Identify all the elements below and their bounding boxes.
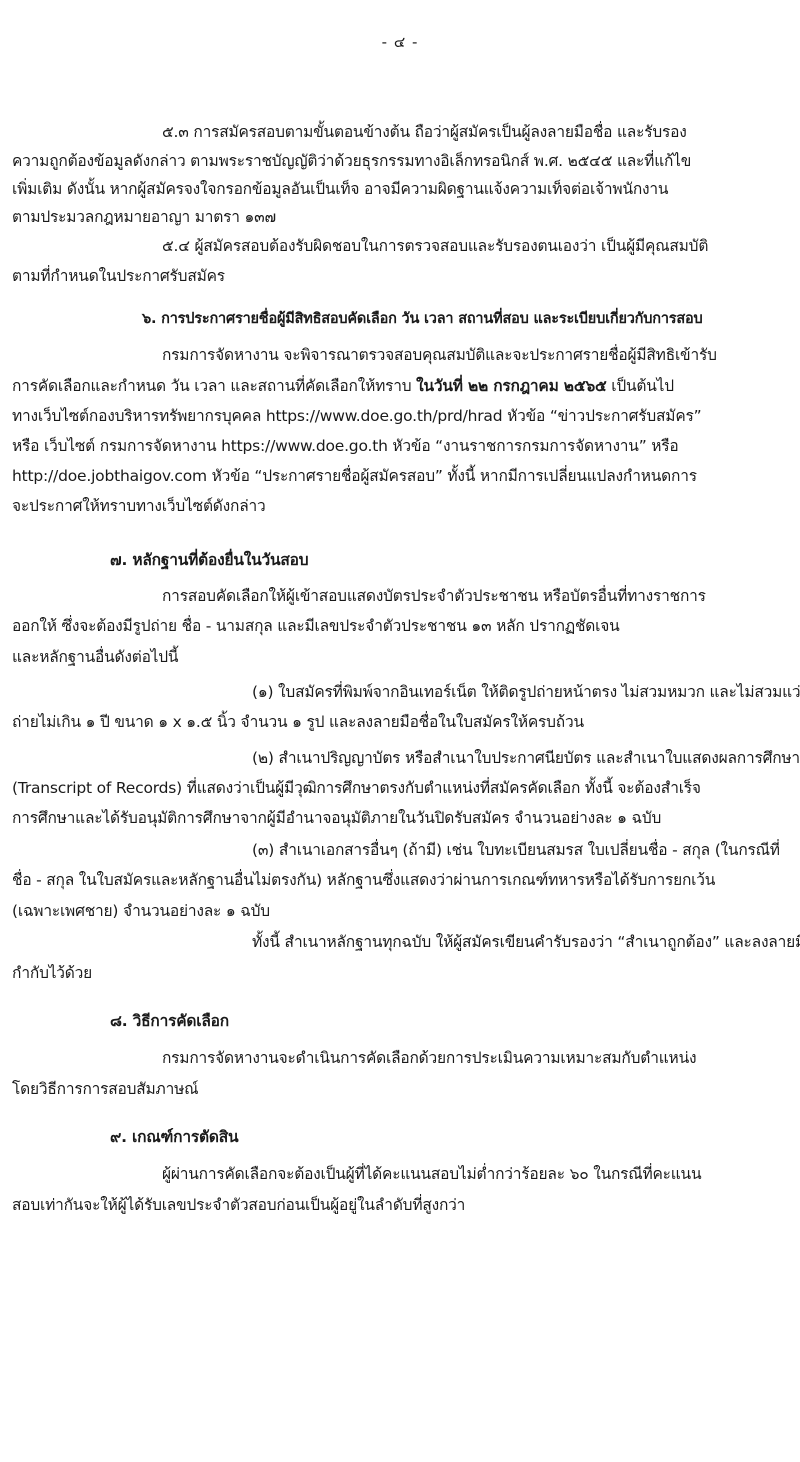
paragraph-line: ผู้ผ่านการคัดเลือกจะต้องเป็นผู้ที่ได้คะแ…: [162, 1162, 701, 1186]
paragraph-line: ๕.๔ ผู้สมัครสอบต้องรับผิดชอบในการตรวจสอบ…: [162, 234, 708, 258]
paragraph-line: สอบเท่ากันจะให้ผู้ได้รับเลขประจำตัวสอบก่…: [12, 1193, 465, 1217]
list-item-line: (๒) สำเนาปริญญาบัตร หรือสำเนาใบประกาศนีย…: [252, 746, 800, 770]
list-item-line: ชื่อ - สกุล ในใบสมัครและหลักฐานอื่นไม่ตร…: [12, 868, 715, 892]
section-heading: ๘. วิธีการคัดเลือก: [110, 1009, 229, 1033]
list-item-line: (๓) สำเนาเอกสารอื่นๆ (ถ้ามี) เช่น ใบทะเบ…: [252, 838, 780, 862]
list-item-line: ถ่ายไม่เกิน ๑ ปี ขนาด ๑ x ๑.๕ นิ้ว จำนวน…: [12, 710, 584, 734]
paragraph-line: กรมการจัดหางาน จะพิจารณาตรวจสอบคุณสมบัติ…: [162, 343, 717, 367]
text-span: เป็นต้นไป: [607, 377, 674, 395]
paragraph-line: http://doe.jobthaigov.com หัวข้อ “ประกาศ…: [12, 464, 697, 488]
list-item-line: (เฉพาะเพศชาย) จำนวนอย่างละ ๑ ฉบับ: [12, 899, 270, 923]
text-span: การคัดเลือกและกำหนด วัน เวลา และสถานที่ค…: [12, 377, 416, 395]
paragraph-line: ออกให้ ซึ่งจะต้องมีรูปถ่าย ชื่อ - นามสกุ…: [12, 614, 620, 638]
paragraph-line: ความถูกต้องข้อมูลดังกล่าว ตามพระราชบัญญั…: [12, 149, 691, 173]
announcement-date: ในวันที่ ๒๒ กรกฎาคม ๒๕๖๕: [416, 377, 606, 395]
section-heading: ๙. เกณฑ์การตัดสิน: [110, 1125, 238, 1149]
list-item-line: การศึกษาและได้รับอนุมัติการศึกษาจากผู้มี…: [12, 806, 661, 830]
section-heading: ๗. หลักฐานที่ต้องยื่นในวันสอบ: [110, 548, 308, 572]
page-number: - ๔ -: [0, 30, 800, 54]
paragraph-line: กรมการจัดหางานจะดำเนินการคัดเลือกด้วยการ…: [162, 1046, 696, 1070]
paragraph-line: ตามที่กำหนดในประกาศรับสมัคร: [12, 264, 225, 288]
paragraph-line: จะประกาศให้ทราบทางเว็บไซต์ดังกล่าว: [12, 494, 266, 518]
paragraph-line: ทางเว็บไซต์กองบริหารทรัพยากรบุคคล https:…: [12, 404, 701, 428]
paragraph-line: ๕.๓ การสมัครสอบตามขั้นตอนข้างต้น ถือว่าผ…: [162, 120, 687, 144]
paragraph-line: และหลักฐานอื่นดังต่อไปนี้: [12, 645, 178, 669]
list-item-line: (๑) ใบสมัครที่พิมพ์จากอินเทอร์เน็ต ให้ติ…: [252, 680, 800, 704]
paragraph-line: เพิ่มเติม ดังนั้น หากผู้สมัครจงใจกรอกข้อ…: [12, 177, 668, 201]
paragraph-line: โดยวิธีการการสอบสัมภาษณ์: [12, 1077, 198, 1101]
list-item-line: (Transcript of Records) ที่แสดงว่าเป็นผู…: [12, 776, 701, 800]
paragraph-line: ทั้งนี้ สำเนาหลักฐานทุกฉบับ ให้ผู้สมัครเ…: [252, 930, 800, 954]
paragraph-line: ตามประมวลกฎหมายอาญา มาตรา ๑๓๗: [12, 205, 276, 229]
paragraph-line: หรือ เว็บไซต์ กรมการจัดหางาน https://www…: [12, 434, 679, 458]
paragraph-line: การสอบคัดเลือกให้ผู้เข้าสอบแสดงบัตรประจำ…: [162, 584, 706, 608]
paragraph-line: การคัดเลือกและกำหนด วัน เวลา และสถานที่ค…: [12, 374, 674, 398]
document-page: - ๔ - ๕.๓ การสมัครสอบตามขั้นตอนข้างต้น ถ…: [0, 0, 800, 1462]
section-heading: ๖. การประกาศรายชื่อผู้มีสิทธิสอบคัดเลือก…: [142, 307, 703, 331]
paragraph-line: กำกับไว้ด้วย: [12, 961, 92, 985]
